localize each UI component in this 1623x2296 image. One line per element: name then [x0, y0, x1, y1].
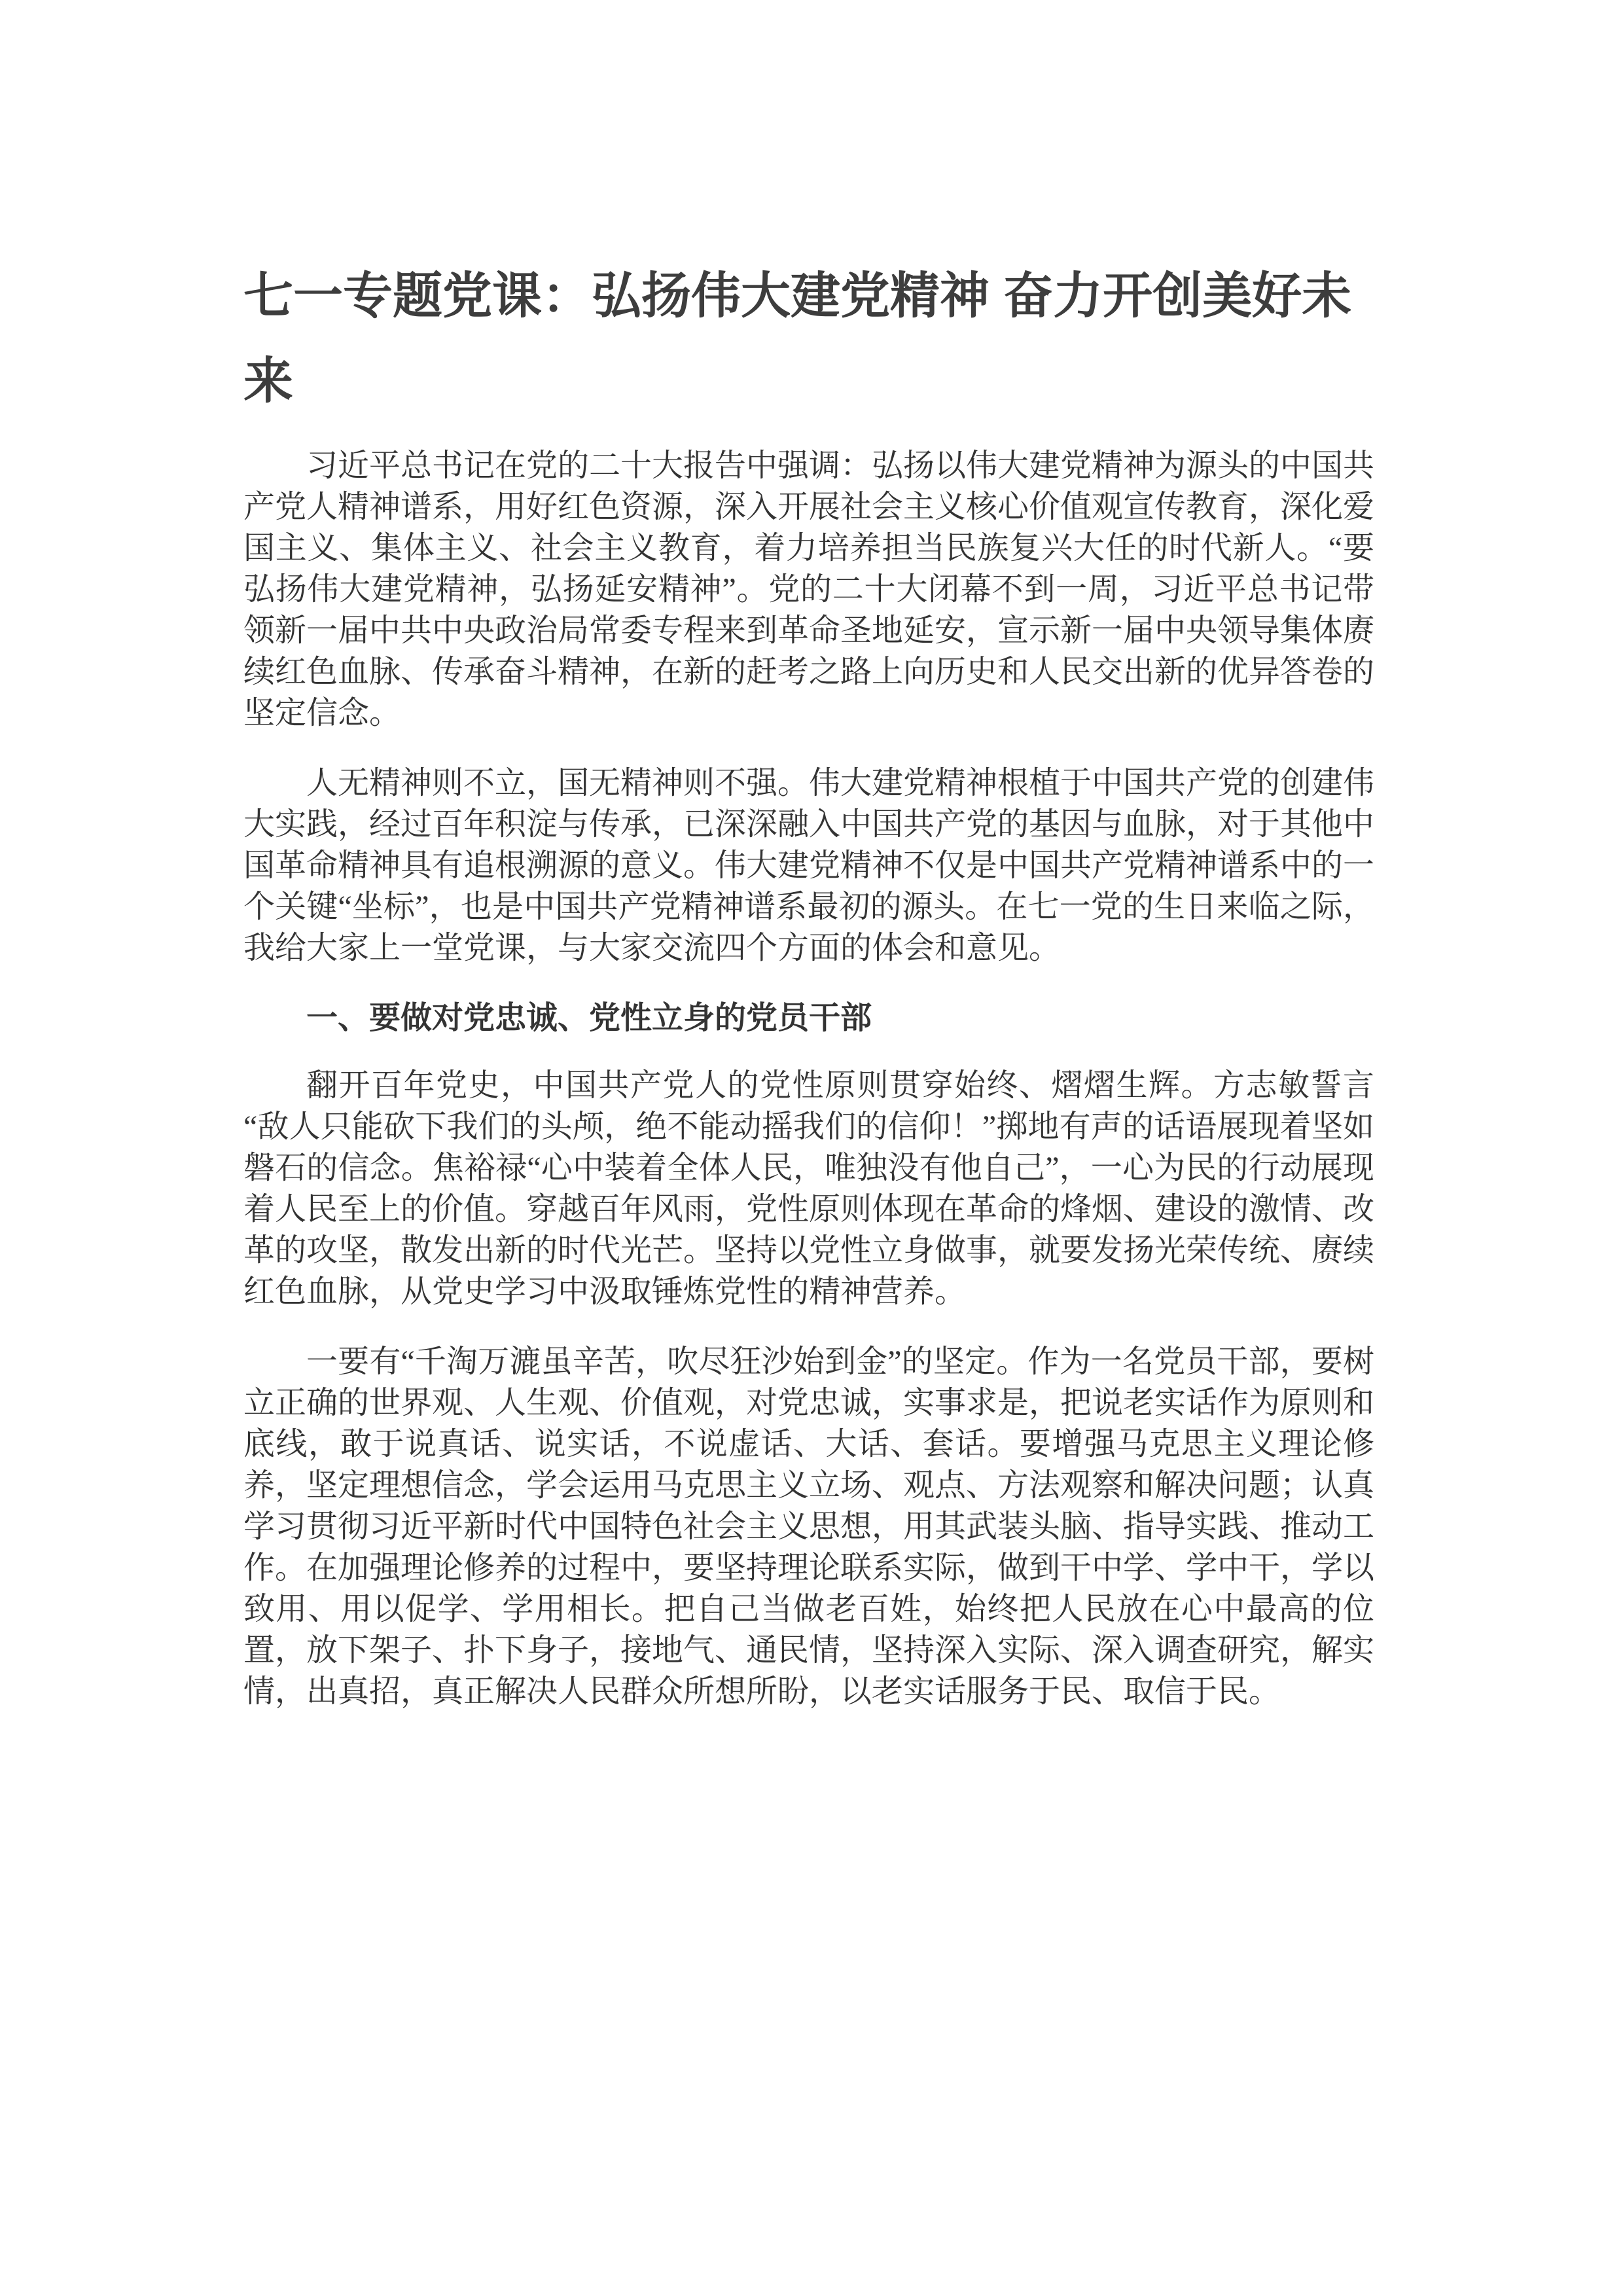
document-title: 七一专题党课：弘扬伟大建党精神 奋力开创美好未来: [243, 254, 1374, 424]
section-heading-1: 一、要做对党忠诚、党性立身的党员干部: [243, 997, 1374, 1039]
paragraph-4: 一要有“千淘万漉虽辛苦，吹尽狂沙始到金”的坚定。作为一名党员干部，要树立正确的世…: [243, 1341, 1374, 1712]
paragraph-1: 习近平总书记在党的二十大报告中强调：弘扬以伟大建党精神为源头的中国共产党人精神谱…: [243, 445, 1374, 734]
paragraph-2: 人无精神则不立，国无精神则不强。伟大建党精神根植于中国共产党的创建伟大实践，经过…: [243, 762, 1374, 969]
document-page: 七一专题党课：弘扬伟大建党精神 奋力开创美好未来 习近平总书记在党的二十大报告中…: [0, 0, 1623, 2296]
paragraph-3: 翻开百年党史，中国共产党人的党性原则贯穿始终、熠熠生辉。方志敏誓言“敌人只能砍下…: [243, 1065, 1374, 1312]
